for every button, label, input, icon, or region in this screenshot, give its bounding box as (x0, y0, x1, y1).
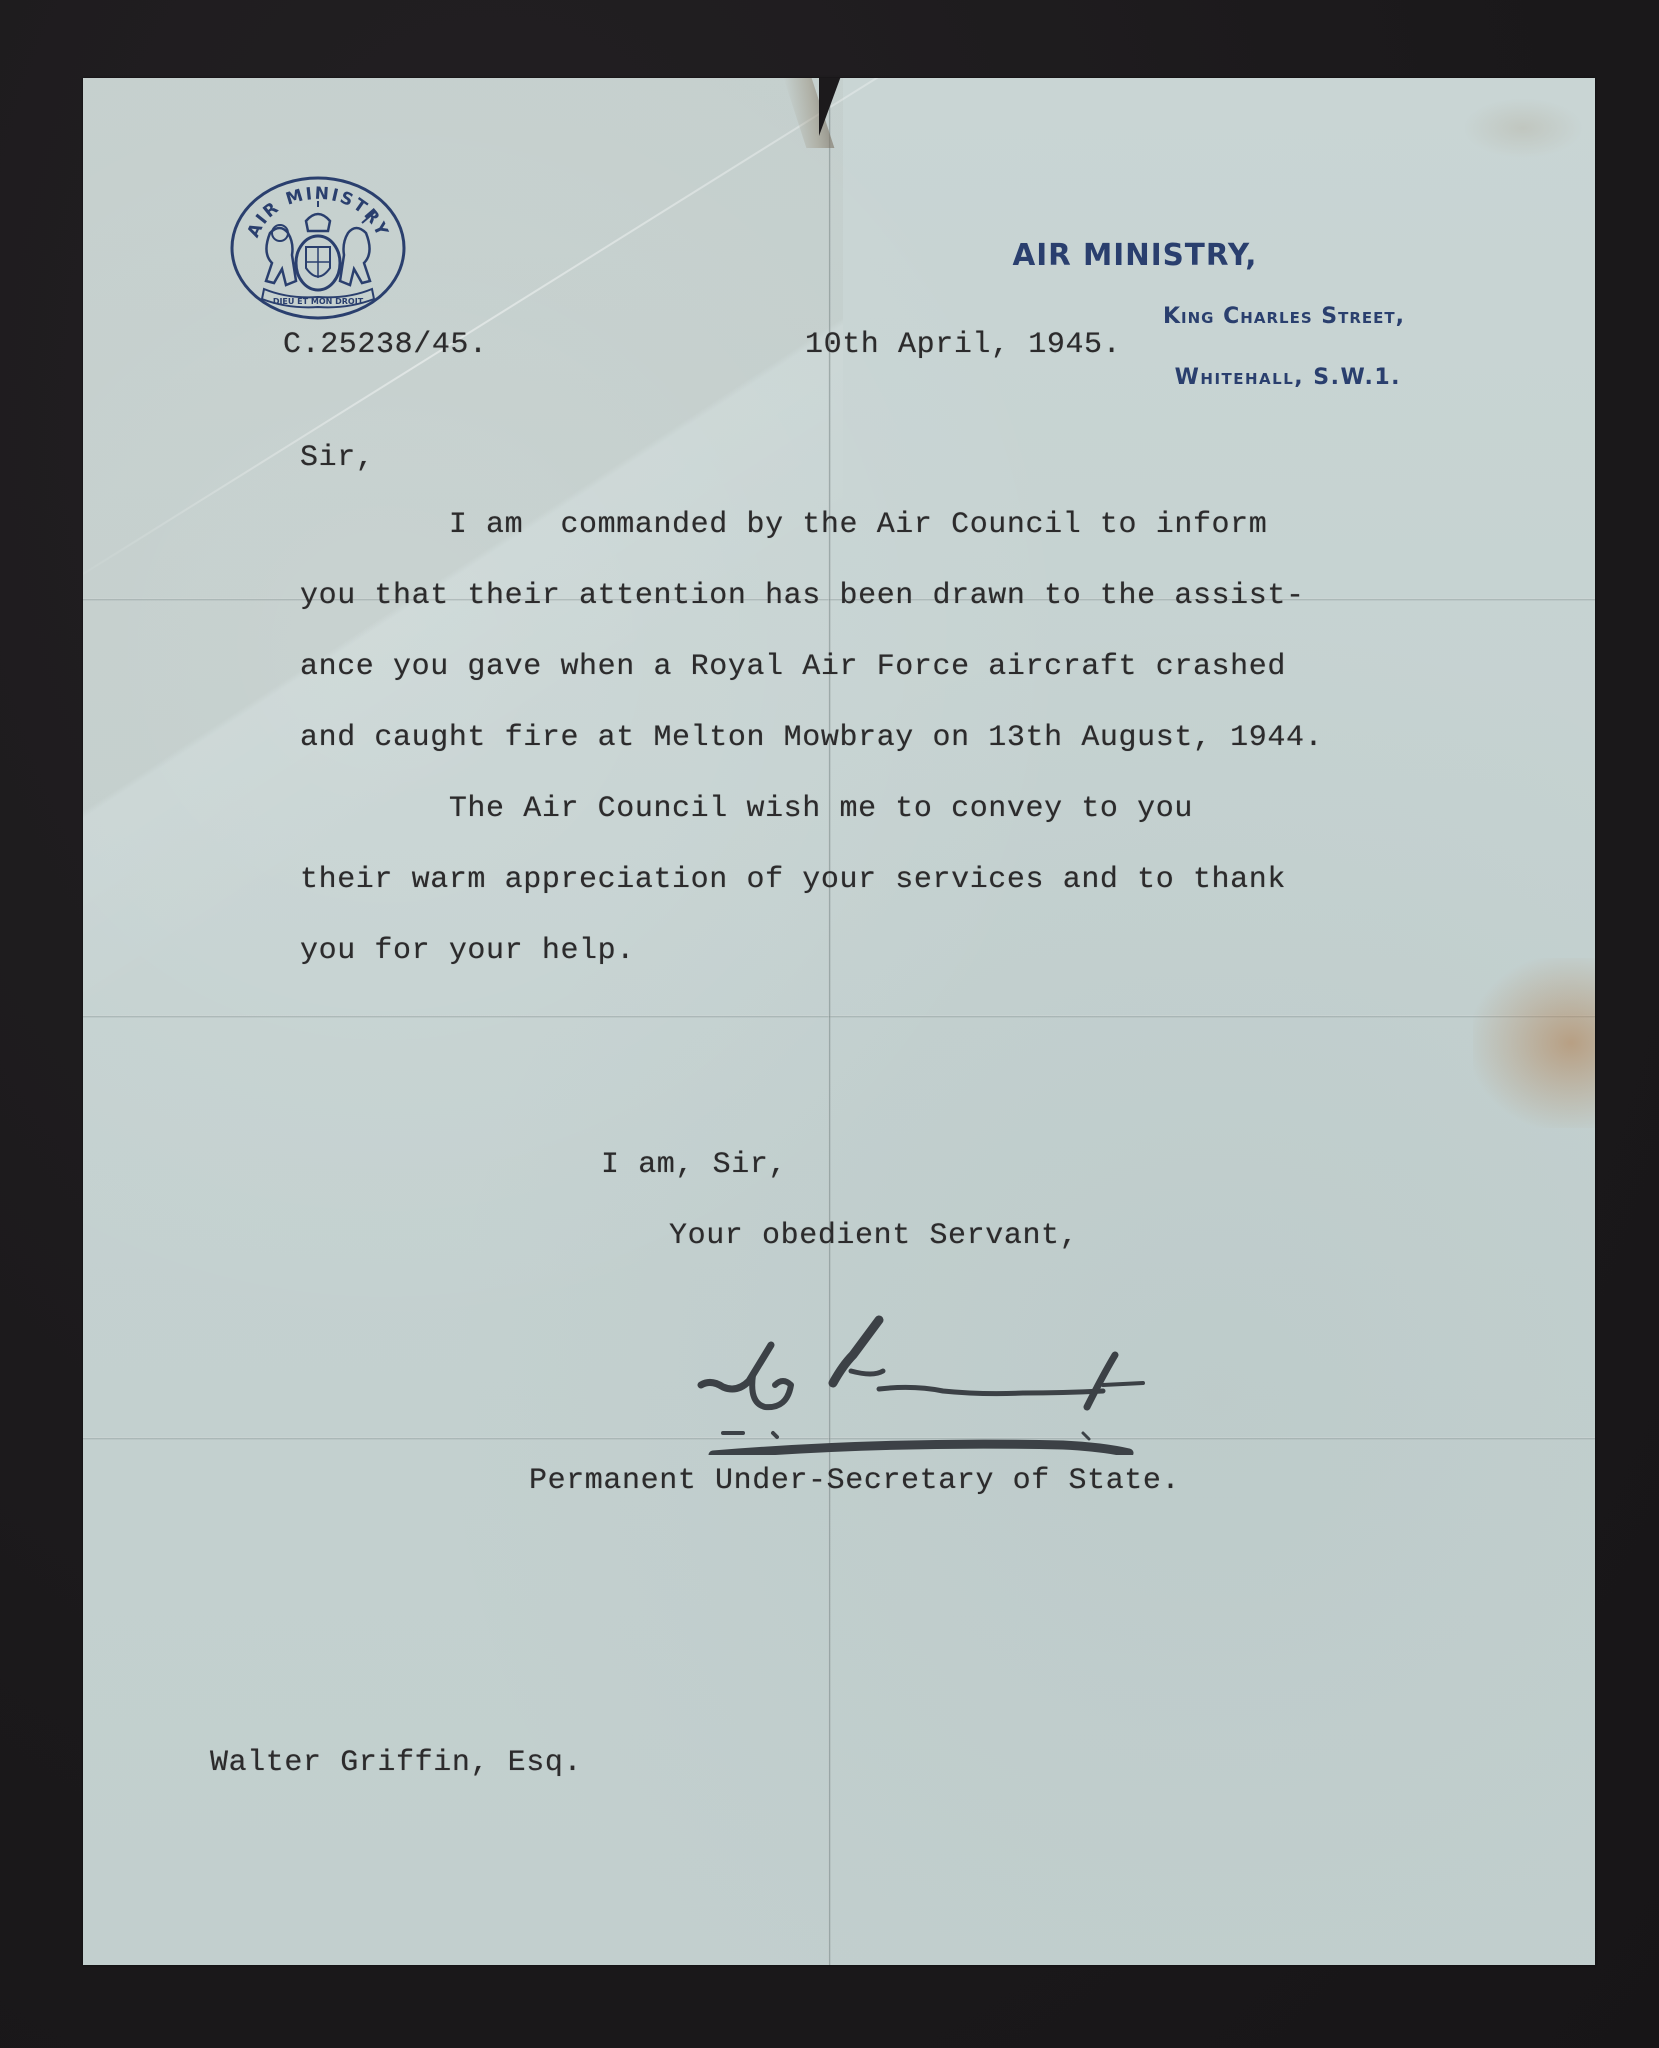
closing-line: I am, Sir, (601, 1148, 787, 1182)
signatory-title: Permanent Under-Secretary of State. (529, 1464, 1180, 1498)
letterhead-street: King Charles Street, (1163, 304, 1405, 329)
closing-line: Your obedient Servant, (669, 1219, 1078, 1253)
royal-coat-of-arms-icon: AIR MINISTRY DIEU ET MON DROIT (228, 173, 408, 323)
body-line: you that their attention has been drawn … (300, 579, 1305, 613)
body-line: ance you gave when a Royal Air Force air… (300, 650, 1286, 684)
letterhead-area: Whitehall, S.W.1. (1175, 365, 1401, 390)
letterhead-title: AIR MINISTRY, (1013, 238, 1258, 273)
diagonal-fold-shading (83, 78, 843, 1178)
torn-notch (819, 78, 841, 136)
age-stain (1463, 98, 1583, 158)
handwritten-signature-icon (683, 1315, 1183, 1455)
body-line: and caught fire at Melton Mowbray on 13t… (300, 721, 1323, 755)
salutation: Sir, (300, 441, 374, 475)
reference-number: C.25238/45. (283, 328, 488, 362)
horizontal-fold-line (83, 1015, 1595, 1018)
letter-date: 10th April, 1945. (805, 328, 1121, 362)
rust-stain (1473, 958, 1595, 1128)
body-line: I am commanded by the Air Council to inf… (300, 508, 1267, 542)
svg-text:DIEU ET MON DROIT: DIEU ET MON DROIT (273, 297, 364, 306)
addressee: Walter Griffin, Esq. (210, 1746, 582, 1780)
body-line: their warm appreciation of your services… (300, 863, 1286, 897)
body-line: you for your help. (300, 934, 635, 968)
letter-page: AIR MINISTRY DIEU ET MON DROIT AIR MINIS… (83, 78, 1595, 1965)
body-line: The Air Council wish me to convey to you (300, 792, 1193, 826)
